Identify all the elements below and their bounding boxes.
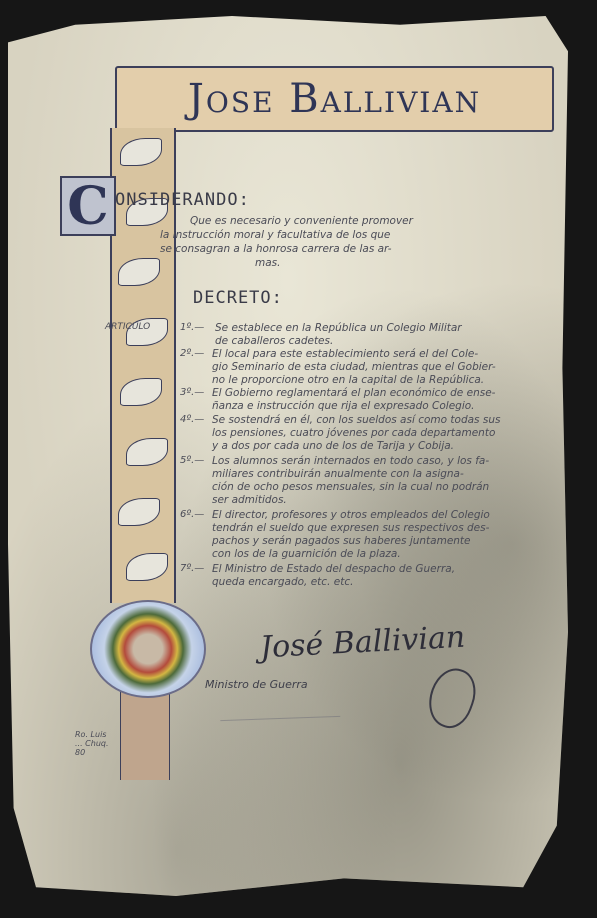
article-line: El director, profesores y otros empleado… [212, 509, 490, 521]
article-line: Se establece en la República un Colegio … [215, 322, 462, 334]
considerando-line: Que es necesario y conveniente promover [190, 215, 413, 227]
article-line: gio Seminario de esta ciudad, mientras q… [212, 361, 496, 373]
article-number: 2º.— [180, 348, 204, 359]
minister-line: Ministro de Guerra [205, 678, 308, 691]
title-banner: Jose Ballivian [115, 66, 554, 132]
article-line: ser admitidos. [212, 494, 287, 506]
title-text: Jose Ballivian [188, 76, 481, 122]
article-line: ñanza e instrucción que rija el expresad… [212, 400, 475, 412]
leaf-icon [118, 498, 160, 526]
article-number: 6º.— [180, 509, 204, 520]
article-line: con los de la guarnición de la plaza. [212, 548, 401, 560]
article-number: 1º.— [180, 322, 204, 333]
leaf-icon [120, 378, 162, 406]
considerando-heading: ONSIDERANDO: [115, 190, 250, 210]
article-line: Se sostendrá en él, con los sueldos así … [212, 414, 500, 426]
considerando-line: se consagran a la honrosa carrera de las… [160, 243, 392, 255]
article-line: El Ministro de Estado del despacho de Gu… [212, 563, 455, 575]
considerando-line: mas. [255, 257, 280, 269]
article-number: 4º.— [180, 414, 204, 425]
illuminated-initial: C [60, 176, 116, 236]
article-number: 5º.— [180, 455, 204, 466]
article-line: ción de ocho pesos mensuales, sin la cua… [212, 481, 489, 493]
coat-of-arms-seal-icon [90, 600, 206, 698]
articulo-label: ARTICULO [105, 322, 150, 332]
leaf-icon [120, 138, 162, 166]
article-number: 3º.— [180, 387, 204, 398]
article-line: miliares contribuirán anualmente con la … [212, 468, 464, 480]
article-line: El Gobierno reglamentará el plan económi… [212, 387, 495, 399]
artist-note: Ro. Luis ... Chuq. 80 [75, 730, 115, 757]
article-line: El local para este establecimiento será … [212, 348, 478, 360]
article-line: Los alumnos serán internados en todo cas… [212, 455, 489, 467]
article-line: queda encargado, etc. etc. [212, 576, 353, 588]
article-line: de caballeros cadetes. [215, 335, 333, 347]
article-line: tendrán el sueldo que expresen sus respe… [212, 522, 489, 534]
article-line: y a dos por cada uno de los de Tarija y … [212, 440, 454, 452]
article-line: no le proporcione otro en la capital de … [212, 374, 484, 386]
article-line: los pensiones, cuatro jóvenes por cada d… [212, 427, 495, 439]
leaf-icon [126, 553, 168, 581]
considerando-line: la instrucción moral y facultativa de lo… [160, 229, 390, 241]
leaf-icon [118, 258, 160, 286]
article-line: pachos y serán pagados sus haberes junta… [212, 535, 471, 547]
article-number: 7º.— [180, 563, 204, 574]
decreto-heading: DECRETO: [193, 288, 283, 308]
leaf-icon [126, 438, 168, 466]
